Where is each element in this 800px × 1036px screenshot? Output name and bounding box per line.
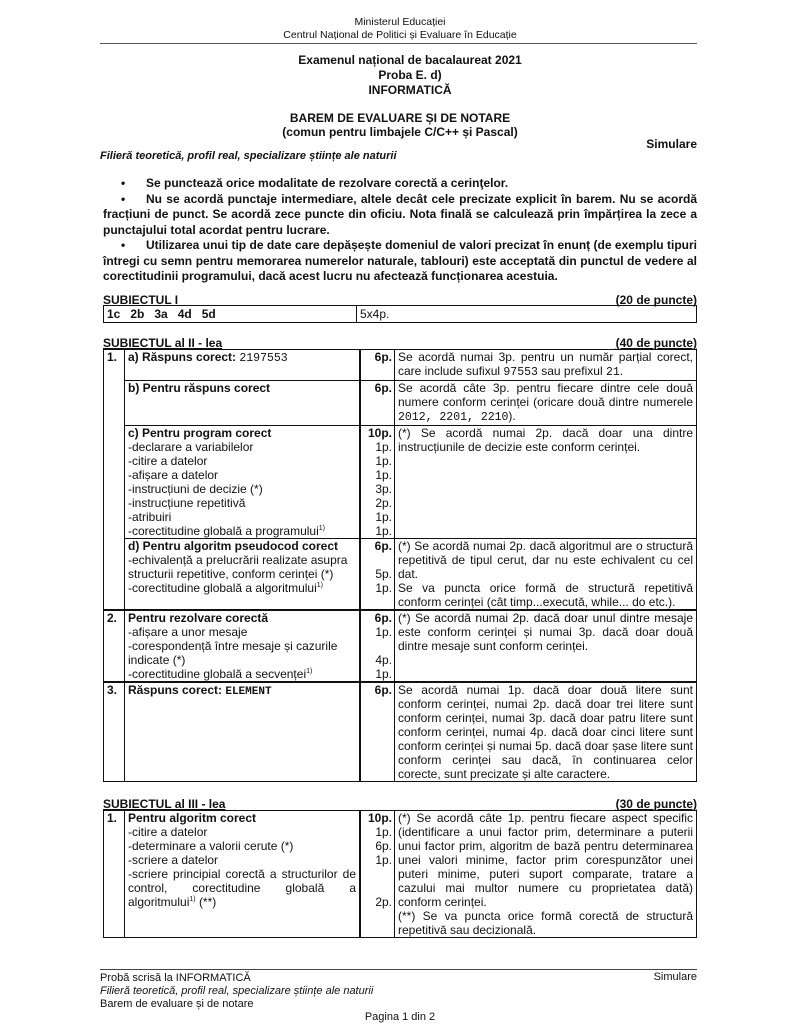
- table-row: 1. Pentru algoritm corect -citire a date…: [104, 811, 697, 938]
- footer-filiera: Filieră teoretică, profil real, speciali…: [100, 984, 373, 998]
- score-cell: 5x4p.: [357, 306, 697, 323]
- table-row: b) Pentru răspuns corect 6p. Se acordă c…: [104, 381, 697, 426]
- criterion-cell: a) Răspuns corect: 2197553: [125, 350, 361, 381]
- exam-title: Examenul național de bacalaureat 2021: [113, 53, 707, 68]
- rule-item: •Se punctează orice modalitate de rezolv…: [103, 176, 697, 192]
- criterion-cell: b) Pentru răspuns corect: [125, 381, 361, 426]
- note-cell: Se acordă câte 3p. pentru fiecare dintre…: [395, 381, 697, 426]
- points-cell: 10p. 1p. 6p. 1p. 2p.: [360, 811, 395, 938]
- filiera-label: Filieră teoretică, profil real, speciali…: [100, 150, 397, 162]
- criterion-cell: d) Pentru algoritm pseudocod corect -ech…: [125, 539, 361, 611]
- answers-cell: 1c 2b 3a 4d 5d: [104, 306, 357, 323]
- ministry-header: Ministerul Educației: [103, 16, 697, 29]
- question-number: 1.: [104, 350, 125, 611]
- center-header: Centrul Național de Politici și Evaluare…: [103, 29, 697, 42]
- rule-item: •Nu se acordă punctaje intermediare, alt…: [103, 192, 697, 239]
- question-number: 3.: [104, 682, 125, 782]
- table-row: c) Pentru program corect -declarare a va…: [104, 426, 697, 539]
- table-row: 2. Pentru rezolvare corectă -afișare a u…: [104, 610, 697, 682]
- general-rules: •Se punctează orice modalitate de rezolv…: [103, 176, 697, 285]
- barem-title: BAREM DE EVALUARE ȘI DE NOTARE: [103, 111, 697, 126]
- note-cell: Se acordă numai 3p. pentru un număr parț…: [395, 350, 697, 381]
- points-cell: 10p. 1p. 1p. 1p. 3p. 2p. 1p. 1p.: [360, 426, 395, 539]
- question-number: 2.: [104, 610, 125, 682]
- footer-divider: [100, 969, 697, 970]
- subject-title: INFORMATICĂ: [113, 83, 707, 98]
- footer-exam: Probă scrisă la INFORMATICĂ: [100, 971, 251, 985]
- points-cell: 6p.: [360, 381, 395, 426]
- note-cell: (*) Se acordă numai 2p. dacă doar unul d…: [395, 610, 697, 682]
- session-label: Simulare: [646, 137, 697, 151]
- header-divider: [100, 43, 697, 44]
- table-row: 1. a) Răspuns corect: 2197553 6p. Se aco…: [104, 350, 697, 381]
- subiect1-table: 1c 2b 3a 4d 5d 5x4p.: [103, 305, 697, 323]
- note-cell: (*) Se acordă câte 1p. pentru fiecare as…: [395, 811, 697, 938]
- points-cell: 6p.: [360, 350, 395, 381]
- proba-title: Proba E. d): [113, 68, 707, 83]
- subiect2-table: 1. a) Răspuns corect: 2197553 6p. Se aco…: [103, 349, 697, 782]
- criterion-cell: c) Pentru program corect -declarare a va…: [125, 426, 361, 539]
- page-number: Pagina 1 din 2: [103, 1011, 697, 1023]
- languages-subtitle: (comun pentru limbajele C/C++ și Pascal): [103, 125, 697, 140]
- table-row: d) Pentru algoritm pseudocod corect -ech…: [104, 539, 697, 611]
- table-row: 1c 2b 3a 4d 5d 5x4p.: [104, 306, 697, 323]
- points-cell: 6p.: [360, 682, 395, 782]
- footer-session: Simulare: [654, 971, 697, 983]
- note-cell: (*) Se acordă numai 2p. dacă algoritmul …: [395, 539, 697, 611]
- note-cell: (*) Se acordă numai 2p. dacă doar una di…: [395, 426, 697, 539]
- subiect2-heading: SUBIECTUL al II - lea (40 de puncte): [103, 336, 697, 350]
- table-row: 3. Răspuns corect: ELEMENT 6p. Se acordă…: [104, 682, 697, 782]
- rule-item: •Utilizarea unui tip de date care depășe…: [103, 238, 697, 285]
- criterion-cell: Pentru algoritm corect -citire a datelor…: [125, 811, 361, 938]
- criterion-cell: Răspuns corect: ELEMENT: [125, 682, 361, 782]
- question-number: 1.: [104, 811, 125, 938]
- subiect3-heading: SUBIECTUL al III - lea (30 de puncte): [103, 797, 697, 811]
- note-cell: Se acordă numai 1p. dacă doar două liter…: [395, 682, 697, 782]
- points-cell: 6p. 1p. 4p. 1p.: [360, 610, 395, 682]
- points-cell: 6p. 5p. 1p.: [360, 539, 395, 611]
- criterion-cell: Pentru rezolvare corectă -afișare a unor…: [125, 610, 361, 682]
- subiect3-table: 1. Pentru algoritm corect -citire a date…: [103, 810, 697, 938]
- footer-barem: Barem de evaluare și de notare: [100, 997, 253, 1011]
